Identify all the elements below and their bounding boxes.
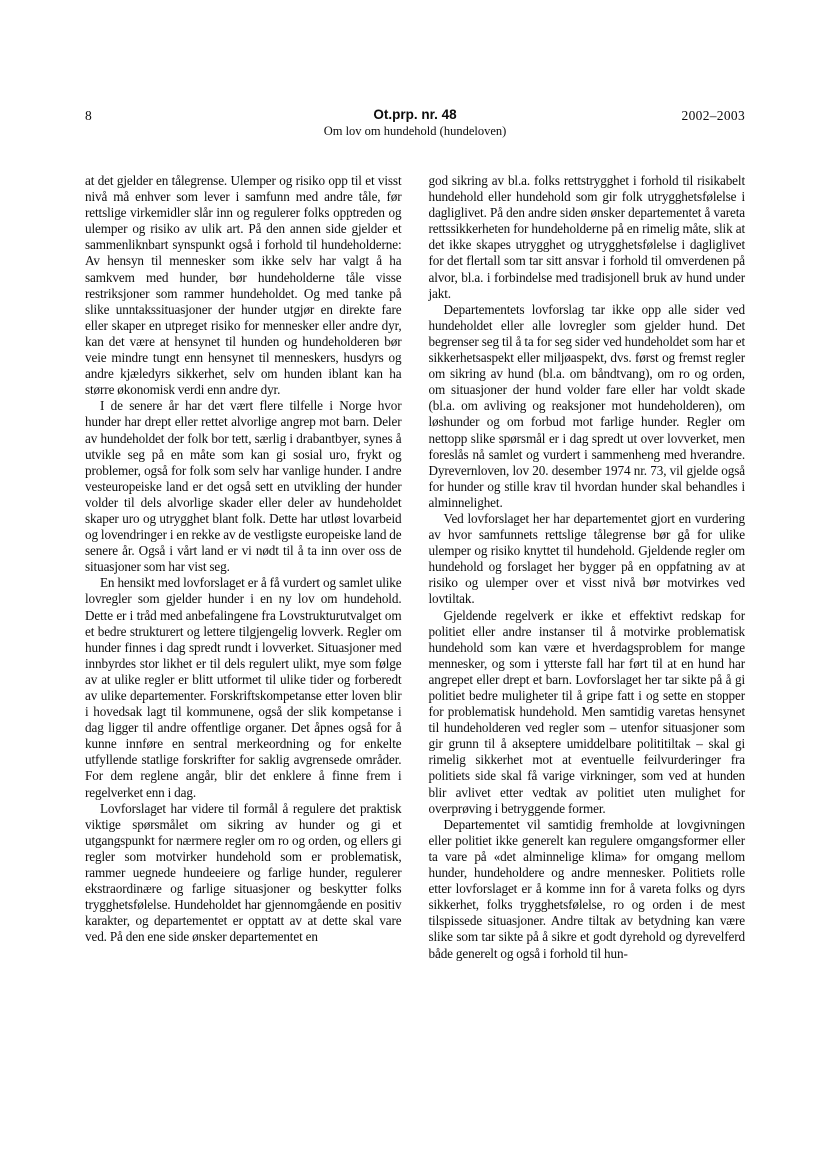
paragraph: Ved lovforslaget her har departementet g… bbox=[429, 511, 746, 608]
paragraph: Departementets lovforslag tar ikke opp a… bbox=[429, 302, 746, 511]
session-year: 2002–2003 bbox=[682, 108, 745, 124]
running-header: 8 Ot.prp. nr. 48 Om lov om hundehold (hu… bbox=[85, 106, 745, 146]
document-title: Ot.prp. nr. 48 bbox=[324, 106, 507, 124]
paragraph: Departementet vil samtidig fremholde at … bbox=[429, 817, 746, 962]
document-page: 8 Ot.prp. nr. 48 Om lov om hundehold (hu… bbox=[0, 0, 826, 1169]
page-number: 8 bbox=[85, 108, 92, 124]
document-subtitle: Om lov om hundehold (hundeloven) bbox=[324, 124, 507, 139]
paragraph: Lovforslaget har videre til formål å reg… bbox=[85, 801, 402, 946]
paragraph: god sikring av bl.a. folks rettstrygghet… bbox=[429, 173, 746, 302]
body-columns: at det gjelder en tålegrense. Ulemper og… bbox=[85, 173, 745, 962]
paragraph: I de senere år har det vært flere tilfel… bbox=[85, 398, 402, 575]
paragraph: Gjeldende regelverk er ikke et effektivt… bbox=[429, 608, 746, 817]
header-center: Ot.prp. nr. 48 Om lov om hundehold (hund… bbox=[324, 106, 507, 139]
right-column: god sikring av bl.a. folks rettstrygghet… bbox=[429, 173, 746, 962]
left-column: at det gjelder en tålegrense. Ulemper og… bbox=[85, 173, 402, 962]
paragraph: at det gjelder en tålegrense. Ulemper og… bbox=[85, 173, 402, 398]
paragraph: En hensikt med lovforslaget er å få vurd… bbox=[85, 575, 402, 800]
